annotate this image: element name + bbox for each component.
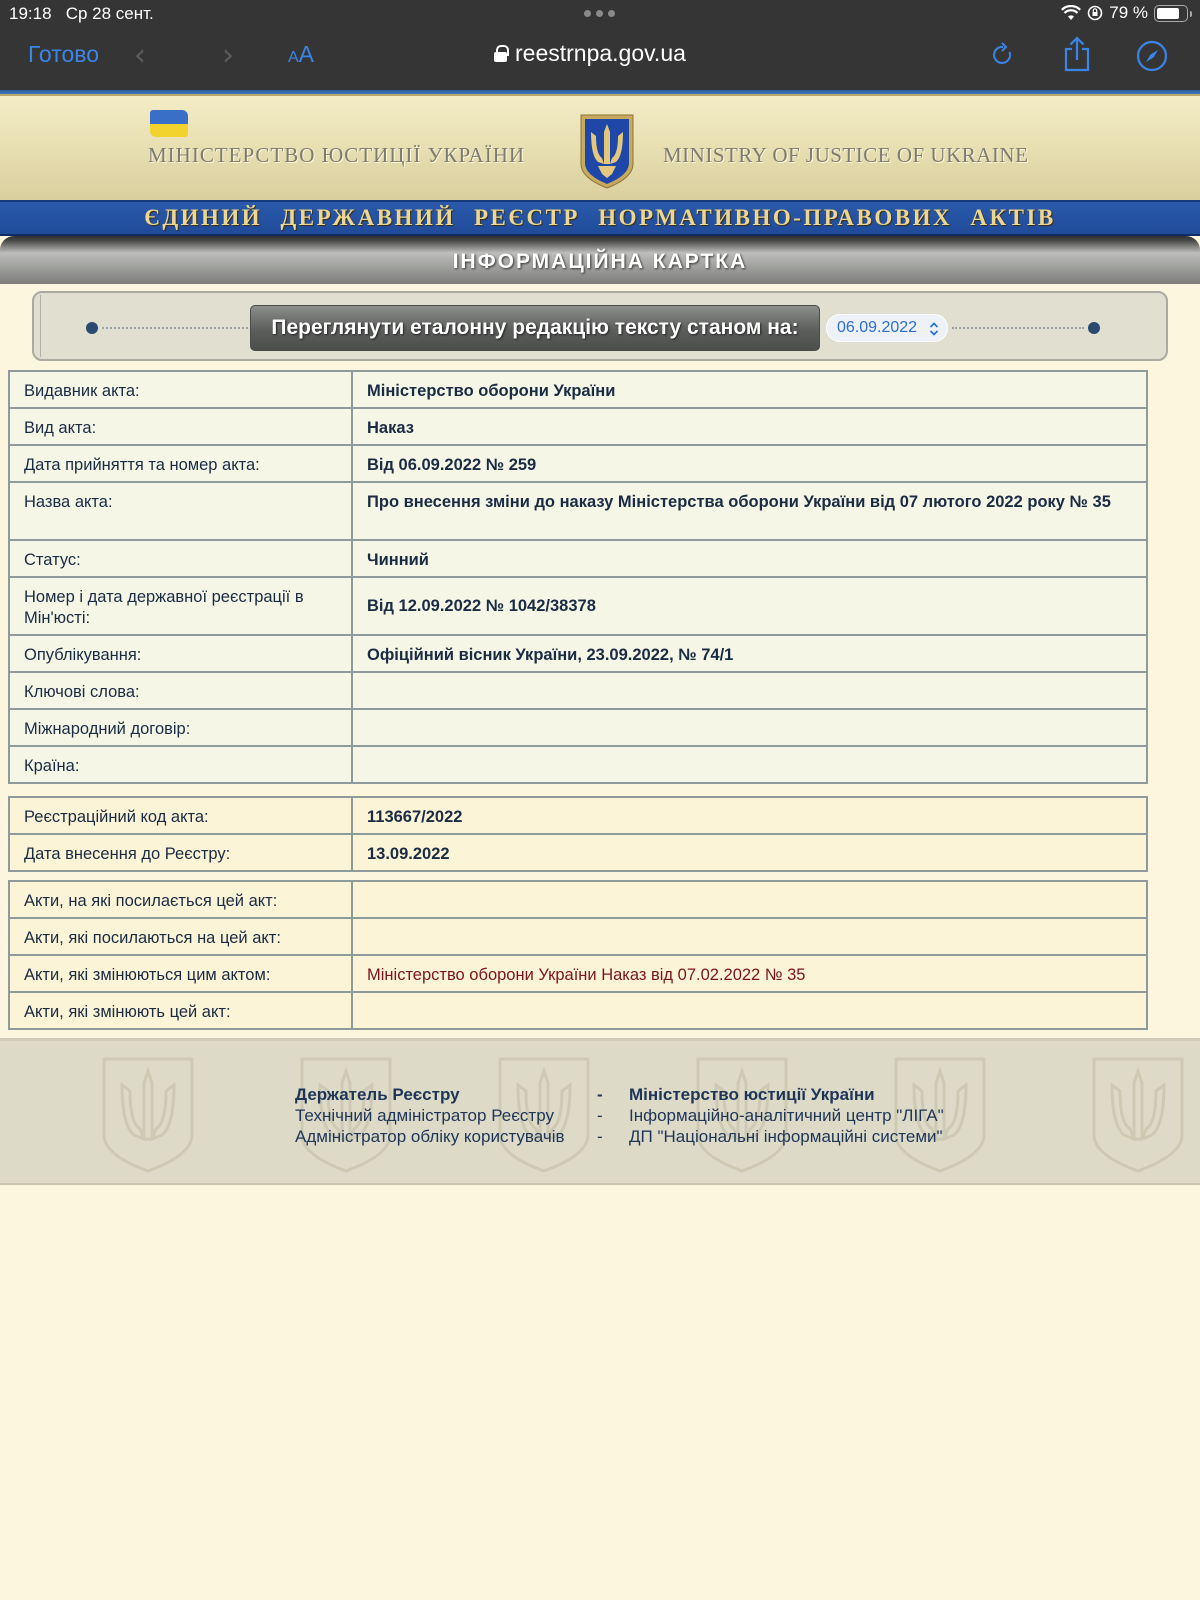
chevron-left-icon[interactable]: ‹: [134, 38, 146, 73]
field-label: Видавник акта:: [9, 371, 352, 408]
footer-row: Адміністратор обліку користувачів-ДП "На…: [295, 1126, 943, 1147]
table-row: Назва акта:Про внесення зміни до наказу …: [9, 482, 1147, 540]
status-time: 19:18 Ср 28 сент.: [9, 4, 154, 24]
field-label: Номер і дата державної реєстрації в Мін'…: [9, 577, 352, 635]
table-row: Країна:: [9, 746, 1147, 783]
timeline-dot-start: [86, 322, 98, 334]
field-label: Ключові слова:: [9, 672, 352, 709]
coat-of-arms-watermark-icon: [100, 1055, 196, 1173]
battery-percent: 79 %: [1109, 3, 1148, 23]
field-value: [352, 992, 1147, 1029]
ministry-name-en: MINISTRY OF JUSTICE OF UKRAINE: [663, 143, 1028, 168]
orientation-lock-icon: [1087, 5, 1103, 21]
url-text: reestrnpa.gov.ua: [515, 40, 686, 67]
table-row: Акти, на які посилається цей акт:: [9, 881, 1147, 918]
footer-row: Технічний адміністратор Реєстру-Інформац…: [295, 1105, 944, 1126]
table-row: Міжнародний договір:: [9, 709, 1147, 746]
field-label: Дата внесення до Реєстру:: [9, 834, 352, 871]
field-value: [352, 746, 1147, 783]
text-size-button[interactable]: AA: [288, 41, 314, 68]
table-row: Дата прийняття та номер акта:Від 06.09.2…: [9, 445, 1147, 482]
act-info-table: Видавник акта:Міністерство оборони Украї…: [8, 370, 1148, 784]
field-value: Офіційний вісник України, 23.09.2022, № …: [352, 635, 1147, 672]
edition-selector-panel: Переглянути еталонну редакцію тексту ста…: [32, 291, 1168, 361]
table-row: Ключові слова:: [9, 672, 1147, 709]
footer-dash: -: [597, 1105, 629, 1126]
field-label: Акти, які посилаються на цей акт:: [9, 918, 352, 955]
field-value: Від 12.09.2022 № 1042/38378: [352, 577, 1147, 635]
battery-icon: [1154, 5, 1188, 22]
registry-info-table: Реєстраційний код акта:113667/2022Дата в…: [8, 796, 1148, 872]
address-bar[interactable]: reestrnpa.gov.ua: [494, 40, 686, 67]
field-label: Акти, які змінюють цей акт:: [9, 992, 352, 1029]
lock-icon: [494, 45, 507, 62]
status-indicators: 79 %: [1061, 3, 1188, 23]
reload-icon[interactable]: [992, 42, 1014, 68]
related-act-link[interactable]: Міністерство оборони України Наказ від 0…: [352, 955, 1147, 992]
field-label: Акти, які змінюються цим актом:: [9, 955, 352, 992]
chevron-right-icon[interactable]: ›: [222, 38, 234, 73]
ukraine-flag-icon: [150, 110, 188, 138]
footer-entity: ДП "Національні інформаційні системи": [629, 1127, 943, 1146]
footer-role: Технічний адміністратор Реєстру: [295, 1105, 597, 1126]
field-label: Назва акта:: [9, 482, 352, 540]
table-row: Номер і дата державної реєстрації в Мін'…: [9, 577, 1147, 635]
edition-date-value: 06.09.2022: [837, 319, 917, 336]
table-row: Опублікування:Офіційний вісник України, …: [9, 635, 1147, 672]
table-row: Реєстраційний код акта:113667/2022: [9, 797, 1147, 834]
chevron-updown-icon: [929, 315, 939, 345]
done-button[interactable]: Готово: [28, 41, 99, 68]
field-value: 113667/2022: [352, 797, 1147, 834]
field-value: Наказ: [352, 408, 1147, 445]
registry-title-bar: ЄДИНИЙ ДЕРЖАВНИЙ РЕЄСТР НОРМАТИВНО-ПРАВО…: [0, 200, 1200, 236]
field-label: Міжнародний договір:: [9, 709, 352, 746]
table-row: Акти, які змінюються цим актом:Міністерс…: [9, 955, 1147, 992]
field-label: Країна:: [9, 746, 352, 783]
registry-title: ЄДИНИЙ ДЕРЖАВНИЙ РЕЄСТР НОРМАТИВНО-ПРАВО…: [144, 205, 1056, 230]
field-value: [352, 881, 1147, 918]
table-row: Дата внесення до Реєстру:13.09.2022: [9, 834, 1147, 871]
field-value: Про внесення зміни до наказу Міністерств…: [352, 482, 1147, 540]
field-label: Реєстраційний код акта:: [9, 797, 352, 834]
browser-chrome: 19:18 Ср 28 сент. 79 % Готово ‹ › AA ree…: [0, 0, 1200, 94]
compass-icon[interactable]: [1136, 40, 1168, 72]
timeline-dots: [952, 327, 1084, 329]
ministry-name-ua: МІНІСТЕРСТВО ЮСТИЦІЇ УКРАЇНИ: [148, 143, 525, 168]
field-label: Статус:: [9, 540, 352, 577]
field-value: 13.09.2022: [352, 834, 1147, 871]
table-row: Вид акта:Наказ: [9, 408, 1147, 445]
relations-table: Акти, на які посилається цей акт:Акти, я…: [8, 880, 1148, 1030]
footer-entity: Міністерство юстиції України: [629, 1085, 875, 1104]
site-footer: Держатель Реєстру-Міністерство юстиції У…: [0, 1038, 1200, 1185]
footer-dash: -: [597, 1126, 629, 1147]
info-card-title: ІНФОРМАЦІЙНА КАРТКА: [453, 250, 748, 273]
field-label: Вид акта:: [9, 408, 352, 445]
field-value: [352, 918, 1147, 955]
field-value: Від 06.09.2022 № 259: [352, 445, 1147, 482]
coat-of-arms-icon: [578, 112, 636, 190]
field-label: Дата прийняття та номер акта:: [9, 445, 352, 482]
timeline-dot-end: [1088, 322, 1100, 334]
footer-entity: Інформаційно-аналітичний центр "ЛІГА": [629, 1106, 944, 1125]
footer-row: Держатель Реєстру-Міністерство юстиції У…: [295, 1084, 875, 1105]
footer-role: Держатель Реєстру: [295, 1084, 597, 1105]
table-row: Акти, які посилаються на цей акт:: [9, 918, 1147, 955]
multitasking-dots[interactable]: [584, 10, 615, 17]
field-label: Акти, на які посилається цей акт:: [9, 881, 352, 918]
wifi-icon: [1061, 5, 1081, 21]
view-edition-button[interactable]: Переглянути еталонну редакцію тексту ста…: [250, 305, 820, 351]
info-card-title-bar: ІНФОРМАЦІЙНА КАРТКА: [0, 236, 1200, 284]
footer-role: Адміністратор обліку користувачів: [295, 1126, 597, 1147]
share-icon[interactable]: [1062, 36, 1092, 72]
table-row: Статус:Чинний: [9, 540, 1147, 577]
field-value: [352, 672, 1147, 709]
edition-date-select[interactable]: 06.09.2022: [826, 314, 948, 342]
timeline-dots: [102, 327, 248, 329]
coat-of-arms-watermark-icon: [1090, 1055, 1186, 1173]
field-value: Чинний: [352, 540, 1147, 577]
table-row: Видавник акта:Міністерство оборони Украї…: [9, 371, 1147, 408]
footer-dash: -: [597, 1084, 629, 1105]
table-row: Акти, які змінюють цей акт:: [9, 992, 1147, 1029]
field-value: Міністерство оборони України: [352, 371, 1147, 408]
field-label: Опублікування:: [9, 635, 352, 672]
field-value: [352, 709, 1147, 746]
site-banner: МІНІСТЕРСТВО ЮСТИЦІЇ УКРАЇНИ MINISTRY OF…: [0, 94, 1200, 200]
